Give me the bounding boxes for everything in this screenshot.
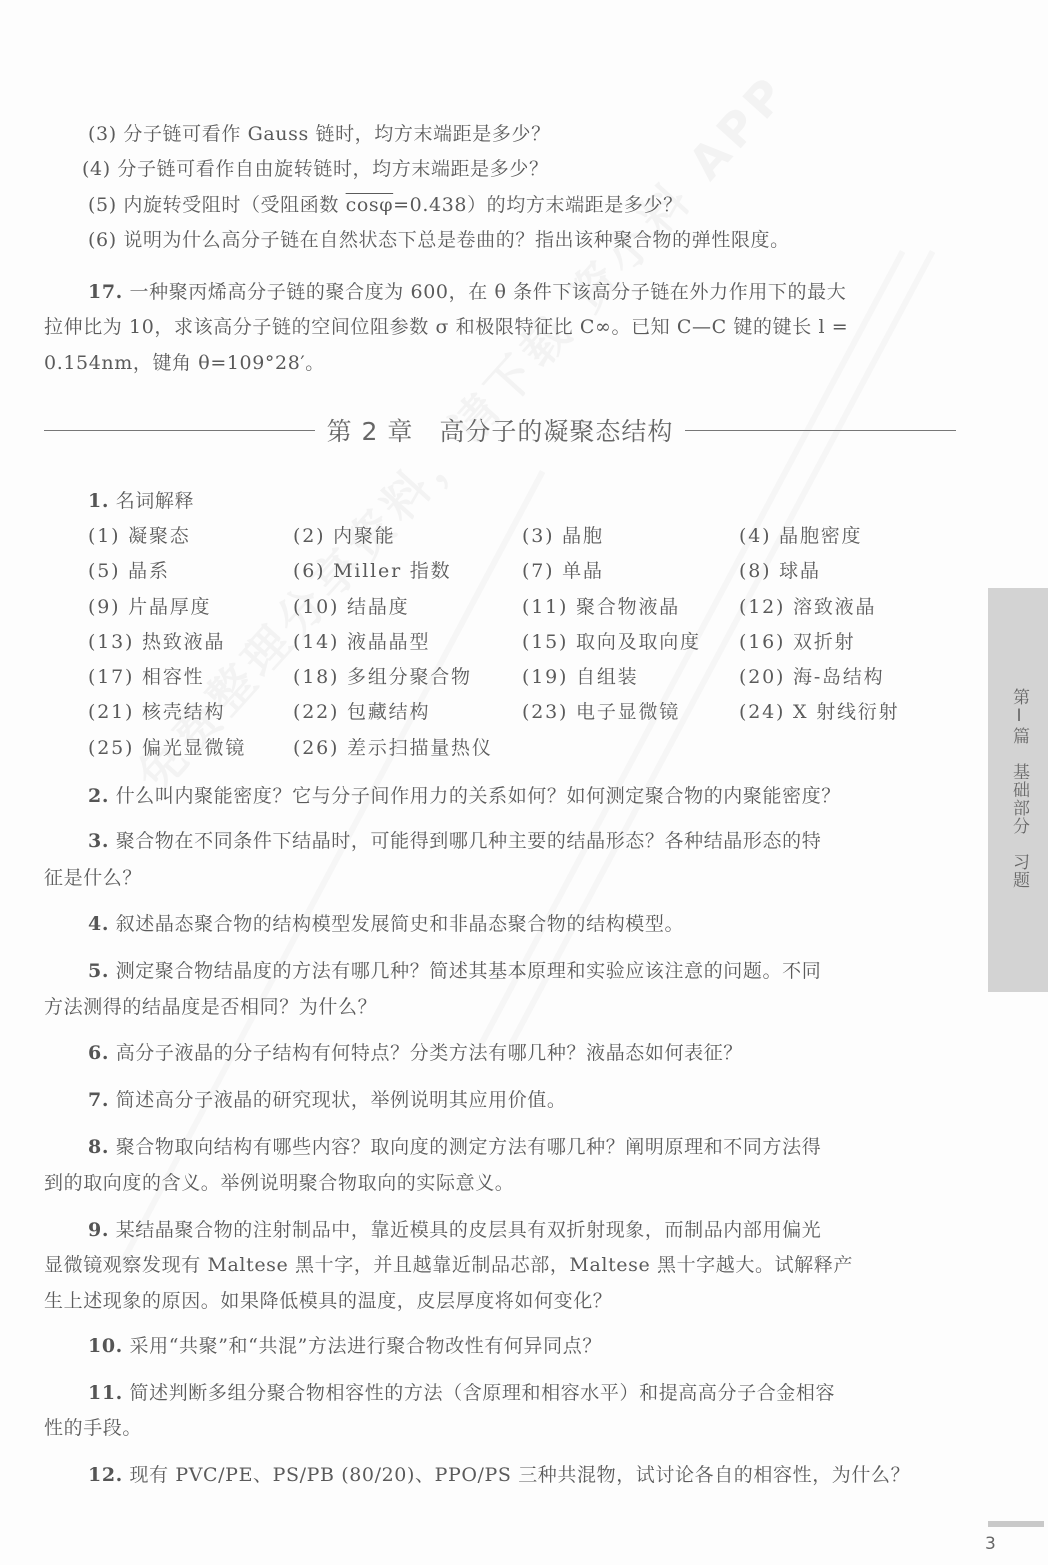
term-item: (23) 电子显微镜 bbox=[522, 700, 680, 724]
question-2: 2. 什么叫内聚能密度？它与分子间作用力的关系如何？如何测定聚合物的内聚能密度？ bbox=[88, 784, 841, 808]
chapter-number: 第 2 章 bbox=[327, 417, 414, 446]
term-item: (18) 多组分聚合物 bbox=[293, 665, 472, 689]
term-item: (11) 聚合物液晶 bbox=[522, 595, 680, 619]
question-number: 11. bbox=[88, 1382, 123, 1404]
question-number: 5. bbox=[88, 960, 109, 982]
question-number: 8. bbox=[88, 1136, 109, 1158]
term-item: (26) 差示扫描量热仪 bbox=[293, 736, 493, 760]
question-text: 测定聚合物结晶度的方法有哪几种？简述其基本原理和实验应该注意的问题。不同 bbox=[116, 960, 822, 982]
question-text: 高分子液晶的分子结构有何特点？分类方法有哪几种？液晶态如何表征？ bbox=[116, 1042, 743, 1064]
question-text: 采用“共聚”和“共混”方法进行聚合物改性有何异同点？ bbox=[130, 1335, 602, 1357]
term-item: (22) 包藏结构 bbox=[293, 700, 430, 724]
term-row: (5) 晶系 (6) Miller 指数 (7) 单晶 (8) 球晶 bbox=[88, 559, 968, 594]
question-text: 某结晶聚合物的注射制品中，靠近模具的皮层具有双折射现象，而制品内部用偏光 bbox=[116, 1219, 822, 1241]
term-item: (9) 片晶厚度 bbox=[88, 595, 211, 619]
question-6: 6. 高分子液晶的分子结构有何特点？分类方法有哪几种？液晶态如何表征？ bbox=[88, 1041, 743, 1065]
chapter-name: 高分子的凝聚态结构 bbox=[439, 417, 673, 446]
subitem-text: =0.438）的均方末端距是多少？ bbox=[393, 194, 683, 216]
term-item: (20) 海-岛结构 bbox=[739, 665, 884, 689]
term-item: (5) 晶系 bbox=[88, 559, 170, 583]
term-item: (6) Miller 指数 bbox=[293, 559, 451, 583]
term-row: (17) 相容性 (18) 多组分聚合物 (19) 自组装 (20) 海-岛结构 bbox=[88, 665, 968, 700]
question-number: 12. bbox=[88, 1464, 123, 1486]
term-item: (7) 单晶 bbox=[522, 559, 604, 583]
question-9: 9. 某结晶聚合物的注射制品中，靠近模具的皮层具有双折射现象，而制品内部用偏光 bbox=[88, 1218, 821, 1242]
question-text: 一种聚丙烯高分子链的聚合度为 600，在 θ 条件下该高分子链在外力作用下的最大 bbox=[130, 281, 847, 303]
question-1: 1. 名词解释 bbox=[88, 489, 194, 513]
question-8-line-2: 到的取向度的含义。举例说明聚合物取向的实际意义。 bbox=[44, 1171, 514, 1195]
term-item: (13) 热致液晶 bbox=[88, 630, 225, 654]
question-7: 7. 简述高分子液晶的研究现状，举例说明其应用价值。 bbox=[88, 1088, 567, 1112]
question-number: 17. bbox=[88, 281, 123, 303]
term-item: (15) 取向及取向度 bbox=[522, 630, 701, 654]
term-item: (19) 自组装 bbox=[522, 665, 638, 689]
term-item: (8) 球晶 bbox=[739, 559, 821, 583]
term-item: (4) 晶胞密度 bbox=[739, 524, 862, 548]
question-text: 聚合物在不同条件下结晶时，可能得到哪几种主要的结晶形态？各种结晶形态的特 bbox=[116, 830, 822, 852]
formula-cos-phi: cosφ bbox=[346, 194, 394, 216]
question-9-line-3: 生上述现象的原因。如果降低模具的温度，皮层厚度将如何变化？ bbox=[44, 1289, 612, 1313]
question-text: 简述高分子液晶的研究现状，举例说明其应用价值。 bbox=[116, 1089, 567, 1111]
question-17-line-3: 0.154nm，键角 θ=109°28′。 bbox=[44, 351, 325, 375]
question-text: 什么叫内聚能密度？它与分子间作用力的关系如何？如何测定聚合物的内聚能密度？ bbox=[116, 785, 841, 807]
question-3: 3. 聚合物在不同条件下结晶时，可能得到哪几种主要的结晶形态？各种结晶形态的特 bbox=[88, 829, 821, 853]
term-row: (25) 偏光显微镜 (26) 差示扫描量热仪 bbox=[88, 736, 968, 771]
question-number: 3. bbox=[88, 830, 109, 852]
term-item: (14) 液晶晶型 bbox=[293, 630, 430, 654]
subitem-label: (3) bbox=[88, 123, 117, 145]
chapter-heading: 第 2 章高分子的凝聚态结构 bbox=[44, 412, 956, 448]
question-4: 4. 叙述晶态聚合物的结构模型发展简史和非晶态聚合物的结构模型。 bbox=[88, 912, 684, 936]
question-17-line-2: 拉伸比为 10，求该高分子链的空间位阻参数 σ 和极限特征比 C∞。已知 C—C… bbox=[44, 315, 848, 339]
term-item: (16) 双折射 bbox=[739, 630, 855, 654]
question-number: 10. bbox=[88, 1335, 123, 1357]
term-item: (21) 核壳结构 bbox=[88, 700, 225, 724]
question-text: 现有 PVC/PE、PS/PB (80/20)、PPO/PS 三种共混物，试讨论… bbox=[130, 1464, 911, 1486]
question-number: 4. bbox=[88, 913, 109, 935]
subitem-label: (6) bbox=[88, 229, 117, 251]
subitem-text: 分子链可看作 Gauss 链时，均方末端距是多少？ bbox=[123, 123, 550, 145]
page-number: 3 bbox=[985, 1534, 996, 1554]
heading-rule-left bbox=[44, 430, 315, 431]
term-item: (25) 偏光显微镜 bbox=[88, 736, 246, 760]
subitem-text: 说明为什么高分子链在自然状态下总是卷曲的？指出该种聚合物的弹性限度。 bbox=[123, 229, 789, 251]
question-11-line-2: 性的手段。 bbox=[44, 1416, 142, 1440]
term-item: (12) 溶致液晶 bbox=[739, 595, 876, 619]
subitem-text: 分子链可看作自由旋转链时，均方末端距是多少？ bbox=[117, 158, 548, 180]
term-item: (24) X 射线衍射 bbox=[739, 700, 899, 724]
question-5-line-2: 方法测得的结晶度是否相同？为什么？ bbox=[44, 995, 377, 1019]
question-5: 5. 测定聚合物结晶度的方法有哪几种？简述其基本原理和实验应该注意的问题。不同 bbox=[88, 959, 821, 983]
question-text: 名词解释 bbox=[116, 490, 194, 512]
subitem-3: (3) 分子链可看作 Gauss 链时，均方末端距是多少？ bbox=[88, 122, 551, 146]
question-3-line-2: 征是什么？ bbox=[44, 866, 142, 890]
question-8: 8. 聚合物取向结构有哪些内容？取向度的测定方法有哪几种？阐明原理和不同方法得 bbox=[88, 1135, 821, 1159]
question-10: 10. 采用“共聚”和“共混”方法进行聚合物改性有何异同点？ bbox=[88, 1334, 602, 1358]
question-number: 9. bbox=[88, 1219, 109, 1241]
term-item: (17) 相容性 bbox=[88, 665, 204, 689]
term-row: (1) 凝聚态 (2) 内聚能 (3) 晶胞 (4) 晶胞密度 bbox=[88, 524, 968, 559]
question-text: 简述判断多组分聚合物相容性的方法（含原理和相容水平）和提高高分子合金相容 bbox=[130, 1382, 836, 1404]
question-9-line-2: 显微镜观察发现有 Maltese 黑十字，并且越靠近制品芯部，Maltese 黑… bbox=[44, 1253, 853, 1277]
page-number-bar bbox=[988, 1521, 1044, 1527]
side-tab-label: 第Ⅰ篇 基础部分 习题 bbox=[1006, 688, 1030, 889]
question-text: 叙述晶态聚合物的结构模型发展简史和非晶态聚合物的结构模型。 bbox=[116, 913, 684, 935]
question-number: 1. bbox=[88, 490, 109, 512]
section-side-tab: 第Ⅰ篇 基础部分 习题 bbox=[988, 588, 1048, 992]
question-12: 12. 现有 PVC/PE、PS/PB (80/20)、PPO/PS 三种共混物… bbox=[88, 1463, 910, 1487]
chapter-title: 第 2 章高分子的凝聚态结构 bbox=[315, 412, 686, 448]
question-text: 聚合物取向结构有哪些内容？取向度的测定方法有哪几种？阐明原理和不同方法得 bbox=[116, 1136, 822, 1158]
subitem-label: (5) bbox=[88, 194, 117, 216]
term-grid: (1) 凝聚态 (2) 内聚能 (3) 晶胞 (4) 晶胞密度 (5) 晶系 (… bbox=[88, 524, 968, 771]
question-number: 7. bbox=[88, 1089, 109, 1111]
subitem-6: (6) 说明为什么高分子链在自然状态下总是卷曲的？指出该种聚合物的弹性限度。 bbox=[88, 228, 790, 252]
question-17: 17. 一种聚丙烯高分子链的聚合度为 600，在 θ 条件下该高分子链在外力作用… bbox=[88, 280, 846, 304]
book-page: 免费整理分享资料，请下载 资小料 APP (3) 分子链可看作 Gauss 链时… bbox=[0, 0, 1048, 1565]
term-row: (13) 热致液晶 (14) 液晶晶型 (15) 取向及取向度 (16) 双折射 bbox=[88, 630, 968, 665]
term-row: (21) 核壳结构 (22) 包藏结构 (23) 电子显微镜 (24) X 射线… bbox=[88, 700, 968, 735]
question-11: 11. 简述判断多组分聚合物相容性的方法（含原理和相容水平）和提高高分子合金相容 bbox=[88, 1381, 835, 1405]
subitem-5: (5) 内旋转受阻时（受阻函数 cosφ=0.438）的均方末端距是多少？ bbox=[88, 193, 683, 217]
term-item: (10) 结晶度 bbox=[293, 595, 409, 619]
term-item: (1) 凝聚态 bbox=[88, 524, 191, 548]
heading-rule-right bbox=[685, 430, 956, 431]
subitem-4: (4) 分子链可看作自由旋转链时，均方末端距是多少？ bbox=[82, 157, 549, 181]
subitem-label: (4) bbox=[82, 158, 111, 180]
question-number: 6. bbox=[88, 1042, 109, 1064]
term-item: (2) 内聚能 bbox=[293, 524, 396, 548]
term-row: (9) 片晶厚度 (10) 结晶度 (11) 聚合物液晶 (12) 溶致液晶 bbox=[88, 595, 968, 630]
subitem-text: 内旋转受阻时（受阻函数 bbox=[123, 194, 345, 216]
term-item: (3) 晶胞 bbox=[522, 524, 604, 548]
question-number: 2. bbox=[88, 785, 109, 807]
